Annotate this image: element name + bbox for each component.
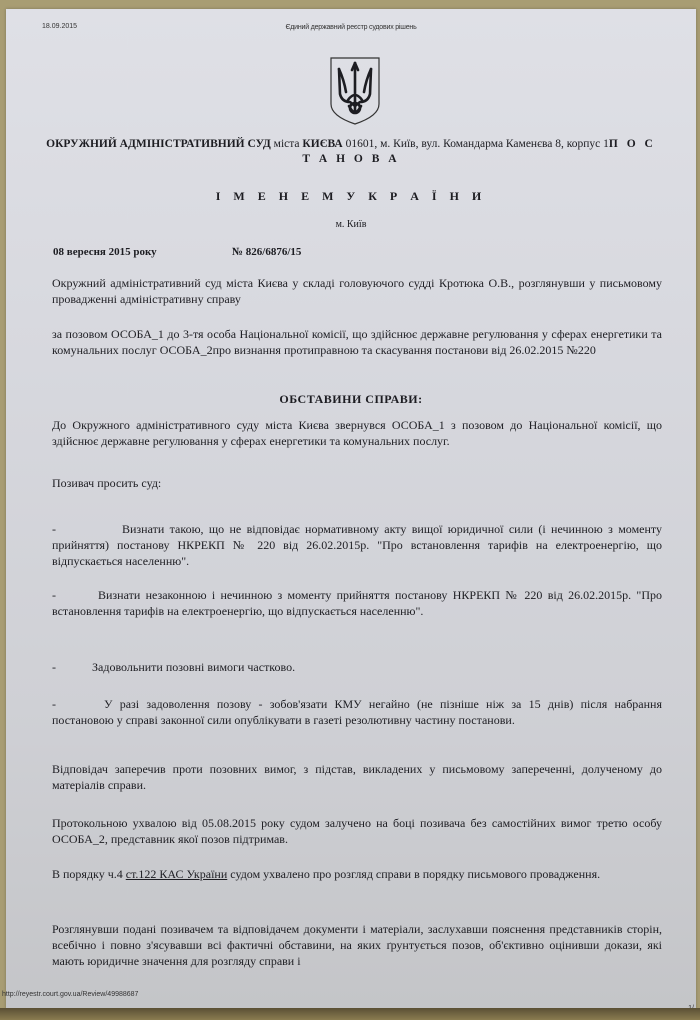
claim-paragraph: за позовом ОСОБА_1 до 3-тя особа Націона…: [52, 326, 662, 358]
bullet: -: [52, 659, 72, 675]
text-before-link: В порядку ч.4: [52, 867, 126, 881]
request-text: Визнати такою, що не відповідає норматив…: [52, 522, 662, 568]
bullet: -: [52, 696, 72, 712]
city: м. Київ: [6, 219, 696, 230]
paragraph-defendant: Відповідач заперечив проти позовних вимо…: [52, 761, 662, 793]
request-item-3: -Задовольнити позовні вимоги частково.: [52, 659, 662, 675]
ukraine-trident-coat-of-arms-icon: [328, 56, 382, 126]
court-city: КИЄВА: [302, 138, 342, 150]
text-after-link: судом ухвалено про розгляд справи в поря…: [227, 867, 600, 881]
paragraph-plaintiff-asks: Позивач просить суд:: [52, 475, 662, 491]
table-surface: [0, 1008, 700, 1020]
paragraph-consideration: Розглянувши подані позивачем та відповід…: [52, 921, 662, 969]
court-name: ОКРУЖНИЙ АДМІНІСТРАТИВНИЙ СУД: [46, 138, 271, 150]
paragraph-written-proceedings: В порядку ч.4 ст.122 КАС України судом у…: [52, 866, 662, 882]
case-number: № 826/6876/15: [232, 246, 301, 258]
request-text: Визнати незаконною і нечинною з моменту …: [52, 588, 662, 618]
request-item-2: -Визнати незаконною і нечинною з моменту…: [52, 587, 662, 619]
document-page: 18.09.2015 Єдиний державний реєстр судов…: [6, 9, 696, 1009]
bullet: -: [52, 587, 72, 603]
kas-article-link[interactable]: ст.122 КАС України: [126, 867, 228, 881]
footer-url: http://reyestr.court.gov.ua/Review/49988…: [2, 991, 138, 998]
court-address: 01601, м. Київ, вул. Командарма Каменєва…: [343, 138, 609, 150]
section-title: ОБСТАВИНИ СПРАВИ:: [6, 392, 696, 407]
registry-title: Єдиний державний реєстр судових рішень: [6, 24, 696, 31]
request-item-1: -Визнати такою, що не відповідає нормати…: [52, 521, 662, 569]
court-header: ОКРУЖНИЙ АДМІНІСТРАТИВНИЙ СУД міста КИЄВ…: [46, 137, 656, 167]
paragraph-appeal: До Окружного адміністративного суду міст…: [52, 417, 662, 449]
bullet: -: [52, 521, 72, 537]
request-text: У разі задоволення позову - зобов'язати …: [52, 697, 662, 727]
request-item-4: -У разі задоволення позову - зобов'язати…: [52, 696, 662, 728]
request-text: Задовольнити позовні вимоги частково.: [92, 660, 295, 674]
decision-date: 08 вересня 2015 року: [53, 246, 157, 258]
in-name-of-ukraine-heading: І М Е Н Е М У К Р А Ї Н И: [6, 189, 696, 204]
court-name-mid: міста: [271, 138, 303, 150]
intro-paragraph: Окружний адміністративний суд міста Києв…: [52, 275, 662, 307]
paragraph-third-party: Протокольною ухвалою від 05.08.2015 року…: [52, 815, 662, 847]
